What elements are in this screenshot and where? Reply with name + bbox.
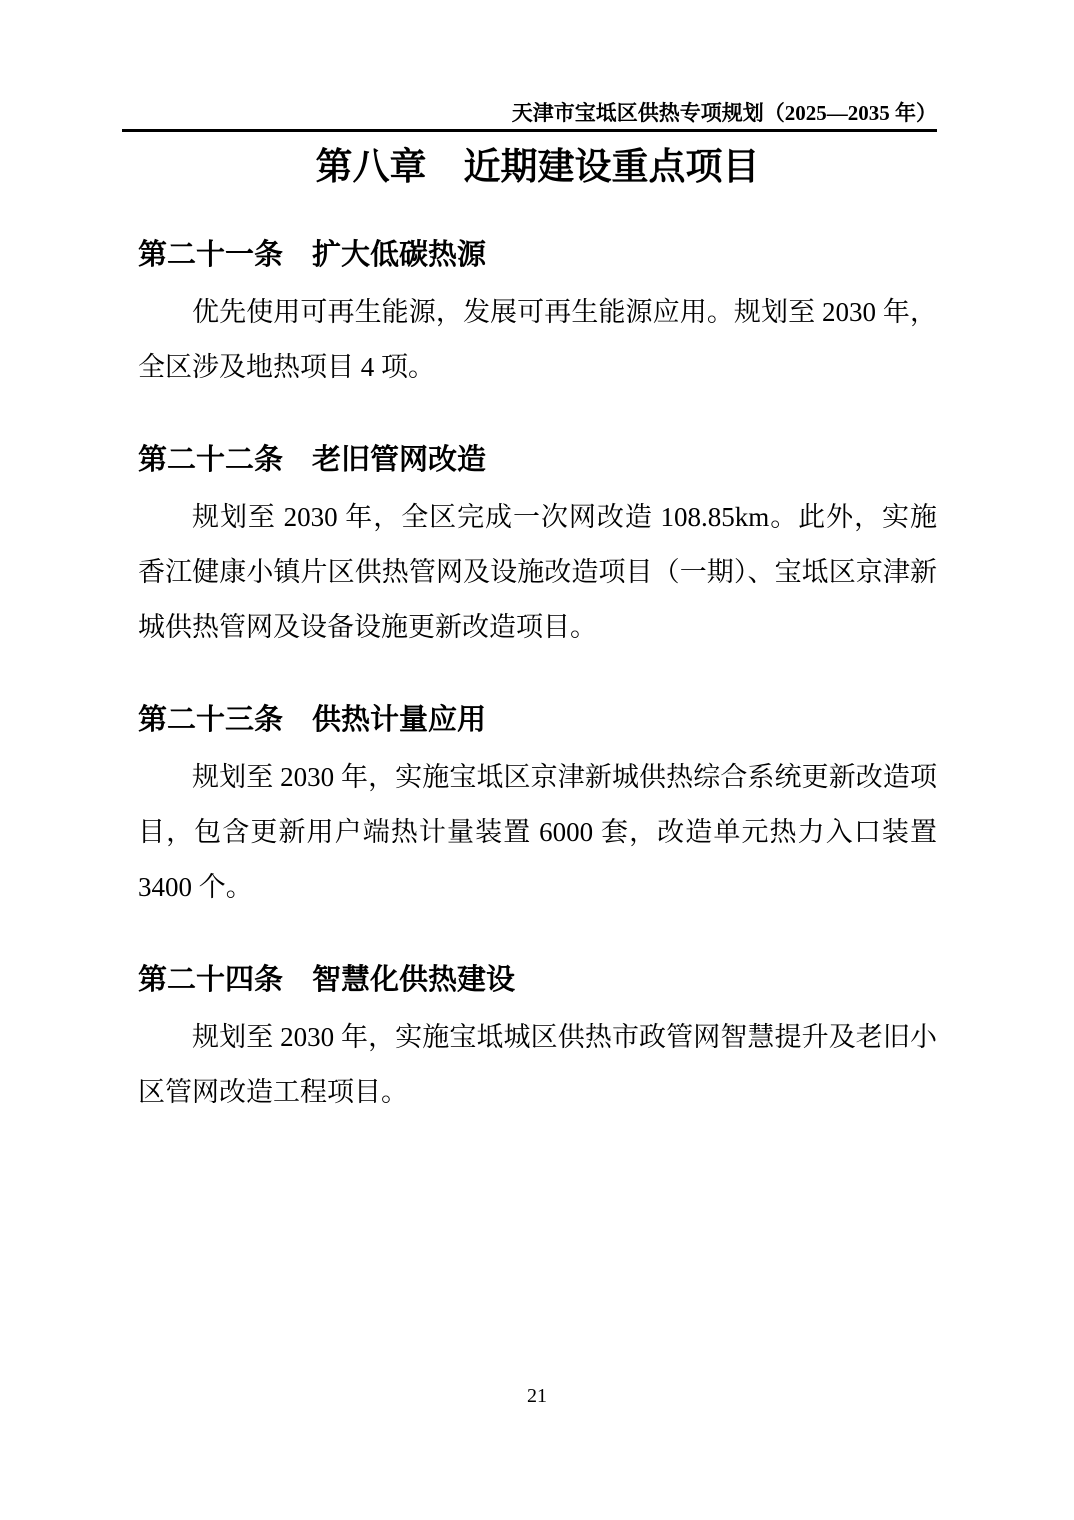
- section-heading-22: 第二十二条 老旧管网改造: [138, 444, 937, 476]
- section-body-24: 规划至 2030 年，实施宝坻城区供热市政管网智慧提升及老旧小区管网改造工程项目…: [138, 1010, 937, 1120]
- running-head: 天津市宝坻区供热专项规划（2025—2035 年）: [122, 101, 937, 126]
- section-heading-21: 第二十一条 扩大低碳热源: [138, 239, 937, 271]
- section-heading-24: 第二十四条 智慧化供热建设: [138, 964, 937, 996]
- document-page: 天津市宝坻区供热专项规划（2025—2035 年） 第八章 近期建设重点项目 第…: [0, 0, 1074, 1520]
- section-article-24: 第二十四条 智慧化供热建设 规划至 2030 年，实施宝坻城区供热市政管网智慧提…: [138, 964, 937, 1120]
- section-body-21: 优先使用可再生能源，发展可再生能源应用。规划至 2030 年，全区涉及地热项目 …: [138, 285, 937, 395]
- page-number: 21: [0, 1384, 1074, 1408]
- section-article-21: 第二十一条 扩大低碳热源 优先使用可再生能源，发展可再生能源应用。规划至 203…: [138, 239, 937, 395]
- chapter-title: 第八章 近期建设重点项目: [138, 146, 937, 190]
- section-body-22: 规划至 2030 年，全区完成一次网改造 108.85km。此外，实施香江健康小…: [138, 490, 937, 655]
- section-body-23: 规划至 2030 年，实施宝坻区京津新城供热综合系统更新改造项目，包含更新用户端…: [138, 750, 937, 915]
- section-article-22: 第二十二条 老旧管网改造 规划至 2030 年，全区完成一次网改造 108.85…: [138, 444, 937, 655]
- page-header: 天津市宝坻区供热专项规划（2025—2035 年）: [122, 0, 937, 132]
- page-content: 第八章 近期建设重点项目 第二十一条 扩大低碳热源 优先使用可再生能源，发展可再…: [138, 146, 937, 1120]
- section-heading-23: 第二十三条 供热计量应用: [138, 704, 937, 736]
- section-article-23: 第二十三条 供热计量应用 规划至 2030 年，实施宝坻区京津新城供热综合系统更…: [138, 704, 937, 915]
